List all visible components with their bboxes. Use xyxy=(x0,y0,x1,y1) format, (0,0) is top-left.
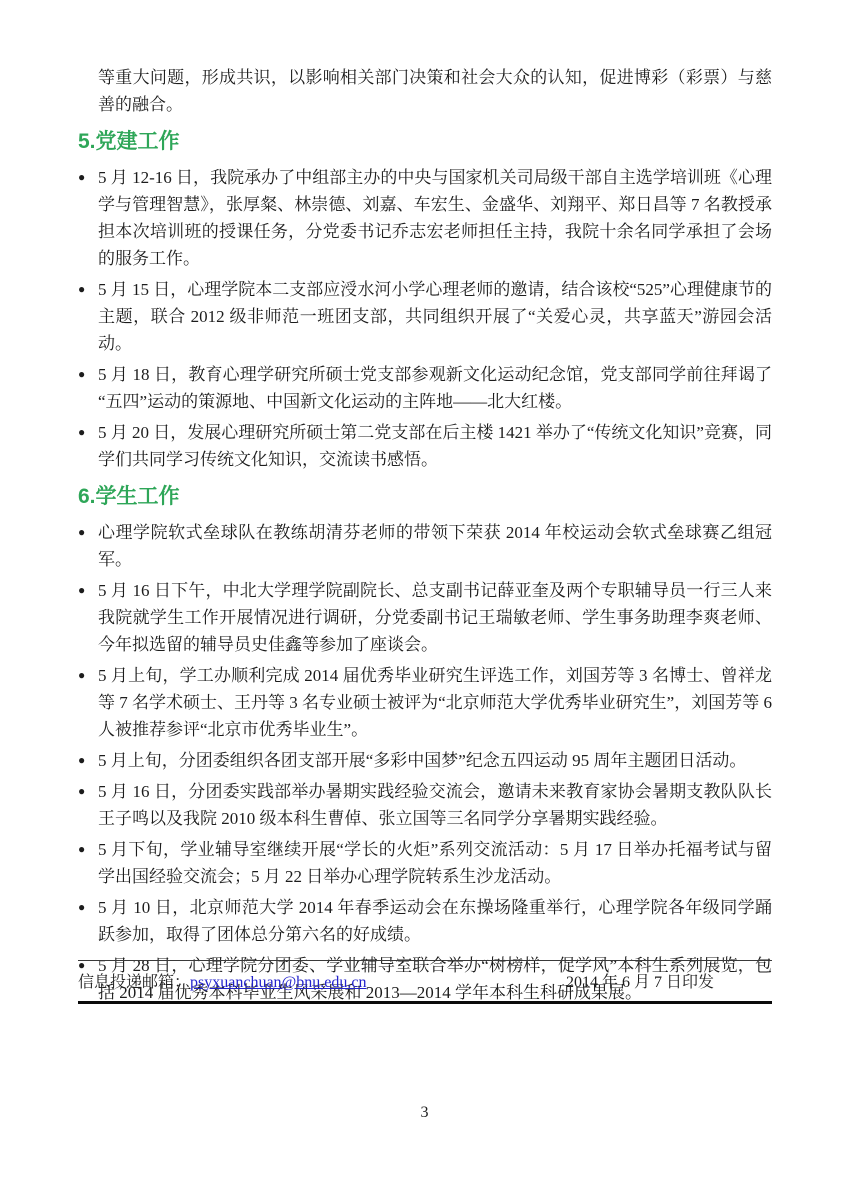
intro-paragraph: 等重大问题，形成共识，以影响相关部门决策和社会大众的认知，促进博彩（彩票）与慈善… xyxy=(98,64,772,118)
bullet-icon: ● xyxy=(78,577,85,604)
bullet-item: ● 5 月 16 日，分团委实践部举办暑期实践经验交流会，邀请未来教育家协会暑期… xyxy=(78,778,772,832)
bullet-text: 心理学院软式垒球队在教练胡清芬老师的带领下荣获 2014 年校运动会软式垒球赛乙… xyxy=(98,523,772,569)
bullet-item: ● 5 月上旬，学工办顺利完成 2014 届优秀毕业研究生评选工作，刘国芳等 3… xyxy=(78,662,772,743)
bullet-text: 5 月上旬，分团委组织各团支部开展“多彩中国梦”纪念五四运动 95 周年主题团日… xyxy=(98,751,746,770)
bullet-item: ● 5 月 15 日，心理学院本二支部应涭水河小学心理老师的邀请，结合该校“52… xyxy=(78,276,772,357)
footer: 信息投递邮箱： psyxuanchuan@bnu.edu.cn 2014 年 6… xyxy=(78,960,772,1004)
footer-email-label: 信息投递邮箱： xyxy=(78,969,190,992)
bullet-item: ● 5 月 20 日，发展心理研究所硕士第二党支部在后主楼 1421 举办了“传… xyxy=(78,419,772,473)
footer-row: 信息投递邮箱： psyxuanchuan@bnu.edu.cn 2014 年 6… xyxy=(78,961,772,1001)
bullet-item: ● 5 月上旬，分团委组织各团支部开展“多彩中国梦”纪念五四运动 95 周年主题… xyxy=(78,747,772,774)
bullet-text: 5 月 12-16 日，我院承办了中组部主办的中央与国家机关司局级干部自主选学培… xyxy=(98,168,772,268)
party-building-list: ● 5 月 12-16 日，我院承办了中组部主办的中央与国家机关司局级干部自主选… xyxy=(78,164,772,473)
student-work-list: ● 心理学院软式垒球队在教练胡清芬老师的带领下荣获 2014 年校运动会软式垒球… xyxy=(78,519,772,1006)
bullet-item: ● 5 月 10 日，北京师范大学 2014 年春季运动会在东操场隆重举行，心理… xyxy=(78,894,772,948)
bullet-icon: ● xyxy=(78,519,85,546)
bullet-icon: ● xyxy=(78,361,85,388)
bullet-item: ● 5 月下旬，学业辅导室继续开展“学长的火炬”系列交流活动：5 月 17 日举… xyxy=(78,836,772,890)
document-page: 等重大问题，形成共识，以影响相关部门决策和社会大众的认知，促进博彩（彩票）与慈善… xyxy=(0,0,849,1200)
bullet-item: ● 心理学院软式垒球队在教练胡清芬老师的带领下荣获 2014 年校运动会软式垒球… xyxy=(78,519,772,573)
bullet-icon: ● xyxy=(78,662,85,689)
bullet-text: 5 月上旬，学工办顺利完成 2014 届优秀毕业研究生评选工作，刘国芳等 3 名… xyxy=(98,666,772,739)
footer-email-link[interactable]: psyxuanchuan@bnu.edu.cn xyxy=(190,974,366,992)
section-title-party-building: 5.党建工作 xyxy=(78,128,772,156)
bullet-text: 5 月 16 日，分团委实践部举办暑期实践经验交流会，邀请未来教育家协会暑期支教… xyxy=(98,782,772,828)
bullet-text: 5 月 16 日下午，中北大学理学院副院长、总支副书记薛亚奎及两个专职辅导员一行… xyxy=(98,581,772,654)
bullet-item: ● 5 月 18 日，教育心理学研究所硕士党支部参观新文化运动纪念馆，党支部同学… xyxy=(78,361,772,415)
bullet-icon: ● xyxy=(78,419,85,446)
page-number: 3 xyxy=(0,1104,849,1122)
bullet-icon: ● xyxy=(78,836,85,863)
bullet-text: 5 月 10 日，北京师范大学 2014 年春季运动会在东操场隆重举行，心理学院… xyxy=(98,898,772,944)
bullet-text: 5 月 20 日，发展心理研究所硕士第二党支部在后主楼 1421 举办了“传统文… xyxy=(98,423,772,469)
bullet-icon: ● xyxy=(78,276,85,303)
bullet-text: 5 月下旬，学业辅导室继续开展“学长的火炬”系列交流活动：5 月 17 日举办托… xyxy=(98,840,772,886)
bullet-item: ● 5 月 16 日下午，中北大学理学院副院长、总支副书记薛亚奎及两个专职辅导员… xyxy=(78,577,772,658)
section-title-student-work: 6.学生工作 xyxy=(78,483,772,511)
bullet-text: 5 月 15 日，心理学院本二支部应涭水河小学心理老师的邀请，结合该校“525”… xyxy=(98,280,772,353)
bullet-icon: ● xyxy=(78,164,85,191)
footer-date: 2014 年 6 月 7 日印发 xyxy=(566,969,714,992)
bullet-icon: ● xyxy=(78,747,85,774)
bullet-icon: ● xyxy=(78,894,85,921)
bullet-icon: ● xyxy=(78,778,85,805)
bullet-text: 5 月 18 日，教育心理学研究所硕士党支部参观新文化运动纪念馆，党支部同学前往… xyxy=(98,365,772,411)
bullet-item: ● 5 月 12-16 日，我院承办了中组部主办的中央与国家机关司局级干部自主选… xyxy=(78,164,772,272)
